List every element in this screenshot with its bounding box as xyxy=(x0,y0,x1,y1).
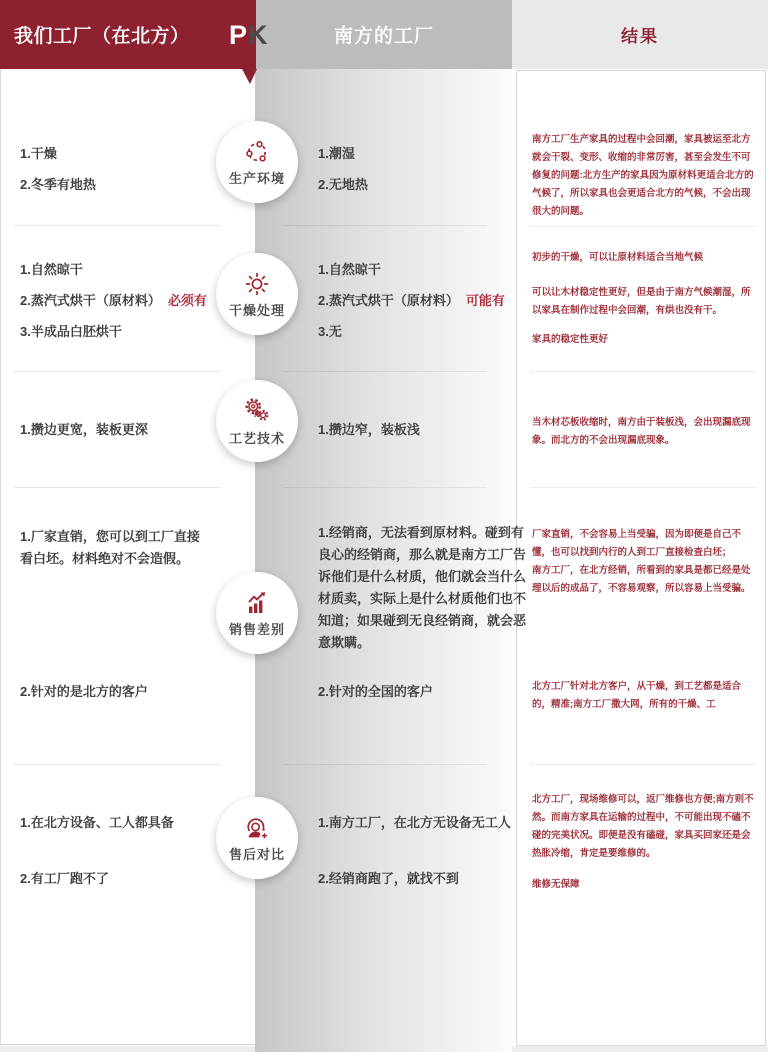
list-item: 1.干燥 xyxy=(20,143,234,165)
divider xyxy=(283,371,487,372)
badge-drying-treatment: 干燥处理 xyxy=(216,253,298,335)
divider xyxy=(14,764,220,765)
header-pointer-triangle xyxy=(242,69,257,84)
result-drying-2: 可以让木材稳定性更好，但是由于南方气候潮湿，所以家具在制作过程中会回潮，有烘也没… xyxy=(532,284,758,320)
divider xyxy=(530,371,757,372)
list-item-text: 2.蒸汽式烘干（原材料） xyxy=(20,293,161,308)
badge-label: 干燥处理 xyxy=(229,300,285,319)
result-after-sales-2: 维修无保障 xyxy=(532,876,758,894)
list-item-text: 2.蒸汽式烘干（原材料） xyxy=(318,293,459,308)
pk-letter-p: P xyxy=(229,20,248,50)
accent-text: 可能有 xyxy=(466,293,505,308)
list-item: 1.南方工厂，在北方无设备无工人 xyxy=(318,812,526,834)
list-item: 3.无 xyxy=(318,321,526,343)
list-item: 1.在北方设备、工人都具备 xyxy=(20,812,234,834)
divider xyxy=(530,487,757,488)
gears-icon xyxy=(242,396,272,426)
result-production-environment: 南方工厂生产家具的过程中会回潮，家具被运至北方就会干裂、变形、收缩的非常厉害，甚… xyxy=(532,131,758,221)
result-sales-line1: 厂家直销，不会容易上当受骗，因为即便是自己不懂，也可以找到内行的人到工厂直接检查… xyxy=(532,526,758,562)
divider xyxy=(283,225,487,226)
north-sales-item2: 2.针对的是北方的客户 xyxy=(20,681,234,703)
badge-production-environment: 生产环境 xyxy=(216,121,298,203)
result-sales-1: 厂家直销，不会容易上当受骗，因为即便是自己不懂，也可以找到内行的人到工厂直接检查… xyxy=(532,526,758,598)
result-drying-1: 初步的干燥，可以让原材料适合当地气候 xyxy=(532,249,758,267)
result-sales-line2: 南方工厂，在北方经销，所看到的家具是都已经是处理以后的成品了，不容易观察，所以容… xyxy=(532,562,758,598)
badge-after-sales-comparison: 售后对比 xyxy=(216,797,298,879)
south-after-sales: 1.南方工厂，在北方无设备无工人 2.经销商跑了，就找不到 xyxy=(318,812,526,890)
badge-label: 销售差别 xyxy=(229,619,285,638)
list-item: 2.蒸汽式烘干（原材料）必须有 xyxy=(20,290,234,312)
header-result: 结果 xyxy=(512,0,768,69)
south-production-environment: 1.潮湿 2.无地热 xyxy=(318,143,526,205)
divider xyxy=(283,764,487,765)
result-title: 结果 xyxy=(621,22,659,47)
list-item: 2.经销商跑了，就找不到 xyxy=(318,868,526,890)
list-item: 3.半成品白胚烘干 xyxy=(20,321,234,343)
header-south-factory: 南方的工厂 xyxy=(256,0,512,69)
header-our-factory: 我们工厂（在北方） xyxy=(0,0,256,69)
sun-icon xyxy=(243,270,271,298)
badge-label: 售后对比 xyxy=(229,844,285,863)
accent-text: 必须有 xyxy=(168,293,207,308)
divider xyxy=(283,487,487,488)
customer-service-icon xyxy=(243,814,271,842)
list-item: 2.无地热 xyxy=(318,174,526,196)
comparison-infographic: 我们工厂（在北方） 南方的工厂 结果 PK 生产环境 xyxy=(0,0,768,1052)
divider xyxy=(530,764,757,765)
list-item: 1.自然晾干 xyxy=(20,259,234,281)
badge-label: 生产环境 xyxy=(229,168,285,187)
north-after-sales: 1.在北方设备、工人都具备 2.有工厂跑不了 xyxy=(20,812,234,890)
divider xyxy=(14,371,220,372)
north-production-environment: 1.干燥 2.冬季有地热 xyxy=(20,143,234,205)
our-factory-title: 我们工厂（在北方） xyxy=(14,21,190,48)
pk-badge: PK xyxy=(229,20,269,51)
divider xyxy=(14,487,220,488)
list-item: 2.冬季有地热 xyxy=(20,174,234,196)
pk-letter-k: K xyxy=(248,20,269,50)
chart-up-icon xyxy=(243,589,271,617)
result-sales-2: 北方工厂针对北方客户，从干燥，到工艺都是适合的，精准;南方工厂撒大网，所有的干燥… xyxy=(532,678,758,714)
south-drying: 1.自然晾干 2.蒸汽式烘干（原材料）可能有 3.无 xyxy=(318,259,526,352)
badge-craft-technology: 工艺技术 xyxy=(216,380,298,462)
badge-sales-difference: 销售差别 xyxy=(216,572,298,654)
south-craft: 1.攒边窄，装板浅 xyxy=(318,419,526,441)
list-item: 1.潮湿 xyxy=(318,143,526,165)
north-craft: 1.攒边更宽，装板更深 xyxy=(20,419,234,441)
list-item: 2.蒸汽式烘干（原材料）可能有 xyxy=(318,290,526,312)
south-factory-title: 南方的工厂 xyxy=(334,21,434,48)
south-sales-paragraph: 1.经销商，无法看到原材料。碰到有良心的经销商，那么就是南方工厂告诉他们是什么材… xyxy=(318,522,526,654)
divider xyxy=(14,225,220,226)
south-sales-item2: 2.针对的全国的客户 xyxy=(318,681,526,703)
north-drying: 1.自然晾干 2.蒸汽式烘干（原材料）必须有 3.半成品白胚烘干 xyxy=(20,259,234,352)
list-item: 1.自然晾干 xyxy=(318,259,526,281)
north-sales-paragraph: 1.厂家直销，您可以到工厂直接看白坯。材料绝对不会造假。 xyxy=(20,526,210,570)
result-after-sales-1: 北方工厂，现场维修可以，返厂维修也方便;南方则不然。而南方家具在运输的过程中，不… xyxy=(532,791,758,863)
badge-label: 工艺技术 xyxy=(229,428,285,447)
list-item: 2.有工厂跑不了 xyxy=(20,868,234,890)
result-craft: 当木材芯板收缩时，南方由于装板浅，会出现漏底现象。而北方的不会出现漏底现象。 xyxy=(532,414,758,450)
network-icon xyxy=(243,138,271,166)
result-drying-3: 家具的稳定性更好 xyxy=(532,331,758,349)
divider xyxy=(530,226,757,227)
